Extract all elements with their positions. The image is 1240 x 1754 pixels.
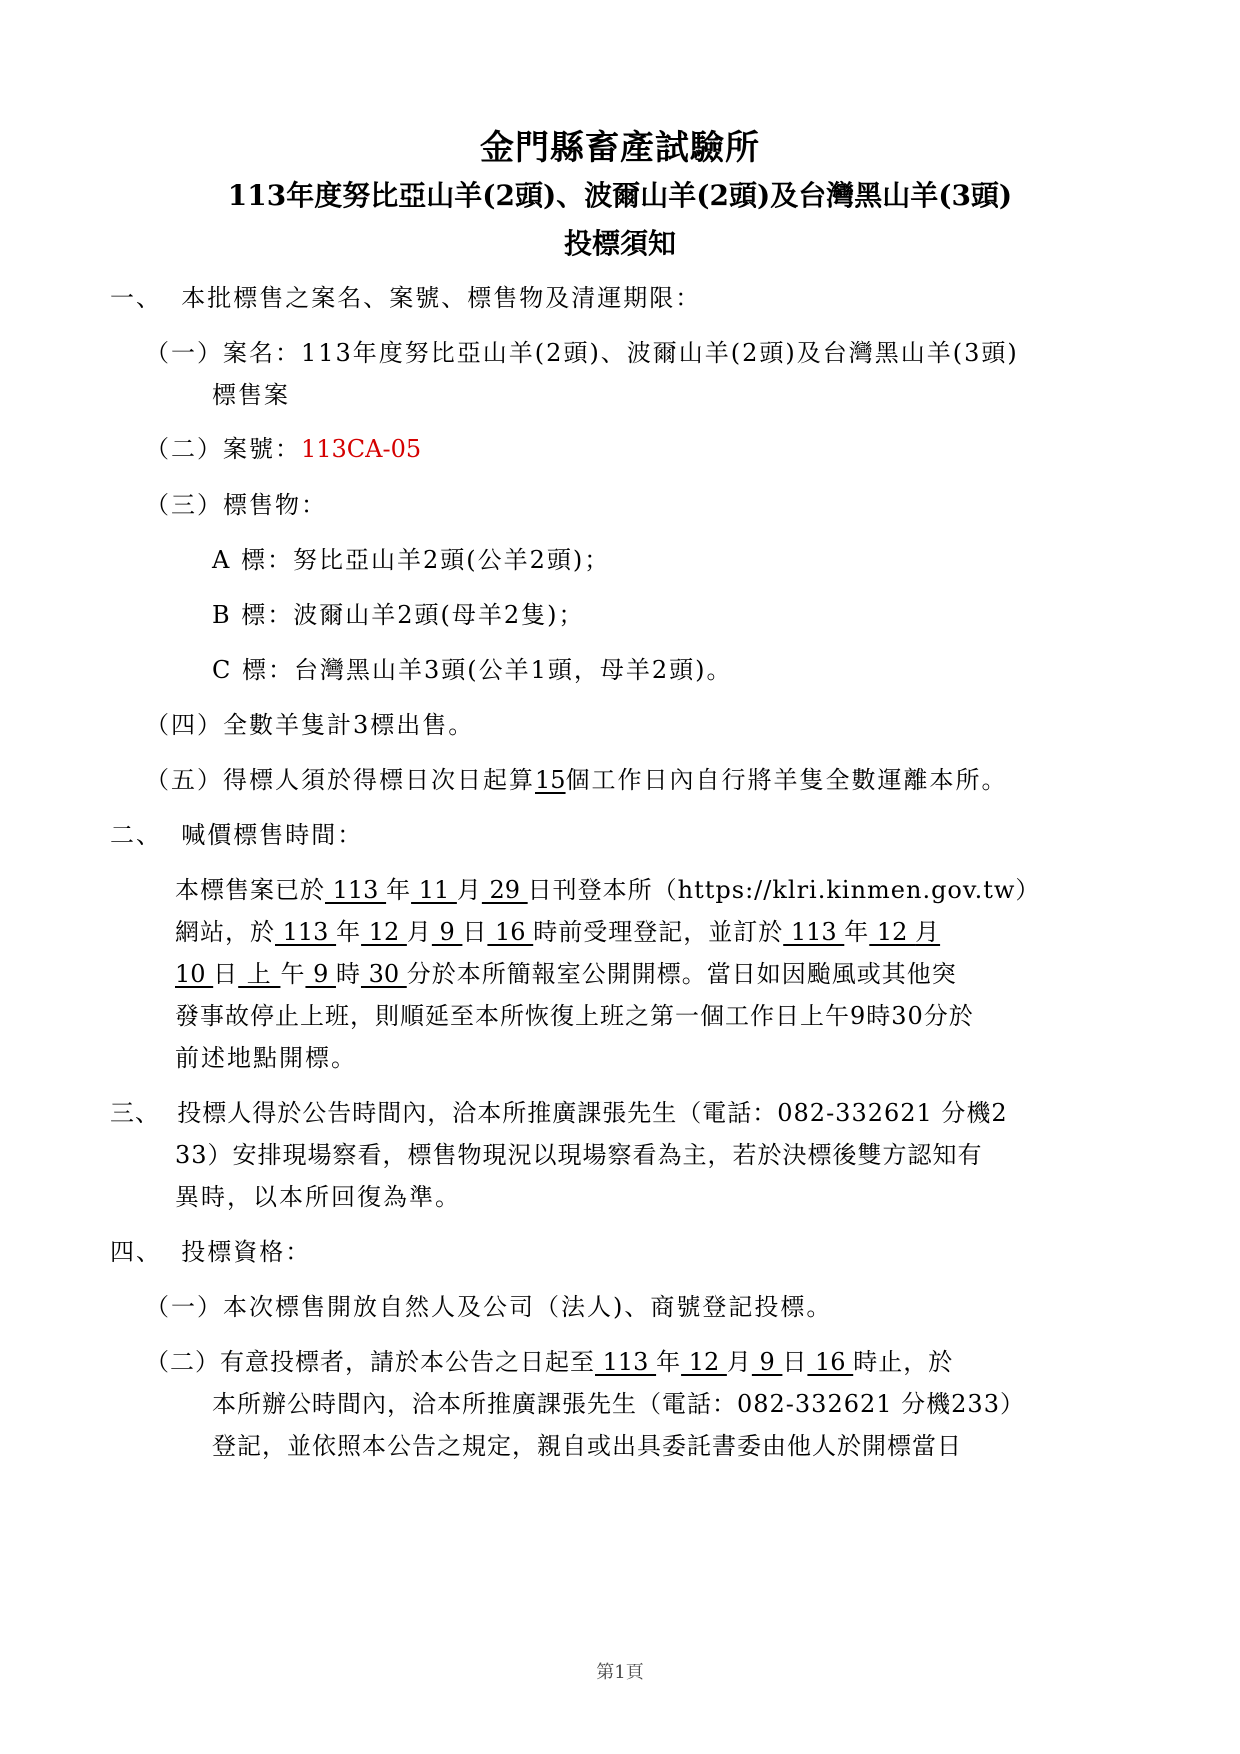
item-marker: （三）: [145, 491, 223, 519]
days-value: 15: [535, 766, 566, 794]
text: 網站，於: [175, 918, 275, 946]
text: 日: [462, 918, 487, 946]
item1-5: （五）得標人須於得標日次日起算15個工作日內自行將羊隻全數運離本所。: [145, 765, 1008, 795]
month-value: 11: [411, 876, 457, 904]
item4-2-line2: 本所辦公時間內，洽本所推廣課張先生（電話：082-332621 分機233）: [212, 1389, 1025, 1419]
text: 午: [280, 960, 305, 988]
section-heading-text: 本批標售之案名、案號、標售物及清運期限：: [181, 284, 701, 312]
case-no-value: 113CA-05: [301, 435, 421, 463]
text: 日: [213, 960, 238, 988]
text: 本標售案已於: [175, 876, 325, 904]
section4-heading: 四、 投標資格：: [110, 1237, 311, 1267]
lot-desc: 波爾山羊2頭(母羊2隻)；: [293, 601, 584, 629]
section-marker: 三、: [110, 1099, 160, 1127]
item1-3: （三）標售物：: [145, 490, 327, 520]
section2-line5: 前述地點開標。: [175, 1043, 357, 1073]
minute-value: 30: [361, 960, 407, 988]
item1-1-cont: 標售案: [212, 380, 290, 410]
lot-b: B 標：波爾山羊2頭(母羊2隻)；: [212, 600, 585, 630]
hour-value: 9: [305, 960, 336, 988]
month-value: 12: [361, 918, 407, 946]
section-heading-text: 喊價標售時間：: [181, 821, 363, 849]
lot-c: C 標：台灣黑山羊3頭(公羊1頭，母羊2頭)。: [212, 655, 733, 685]
item-marker: （一）: [145, 1293, 223, 1321]
item-marker: （四）: [145, 711, 223, 739]
section-marker: 四、: [110, 1238, 162, 1266]
text: 日刊登本所（https://klri.kinmen.gov.tw）: [528, 876, 1041, 904]
item-text: 本次標售開放自然人及公司（法人)、商號登記投標。: [223, 1293, 832, 1321]
day-value: 9: [432, 918, 463, 946]
text: 時: [336, 960, 361, 988]
text: 有意投標者，請於本公告之日起至: [220, 1348, 595, 1376]
item4-2-line1: （二）有意投標者，請於本公告之日起至 113 年 12 月 9 日 16 時止，…: [145, 1347, 953, 1377]
text: 年: [844, 918, 869, 946]
text: 時前受理登記，並訂於: [533, 918, 783, 946]
day-value: 9: [752, 1348, 783, 1376]
document-page: 金門縣畜產試驗所 113年度努比亞山羊(2頭)、波爾山羊(2頭)及台灣黑山羊(3…: [0, 0, 1240, 1754]
item1-4: （四）全數羊隻計3標出售。: [145, 710, 474, 740]
case-name: 案名：113年度努比亞山羊(2頭)、波爾山羊(2頭)及台灣黑山羊(3頭): [223, 339, 1019, 367]
doc-type-title: 投標須知: [0, 222, 1240, 262]
year-value: 113: [325, 876, 386, 904]
lot-desc: 努比亞山羊2頭(公羊2頭)；: [293, 546, 610, 574]
text: 月: [915, 918, 940, 946]
item1-1: （一）案名：113年度努比亞山羊(2頭)、波爾山羊(2頭)及台灣黑山羊(3頭): [145, 338, 1019, 368]
page-number: 第1頁: [0, 1658, 1240, 1684]
case-no-label: 案號：: [223, 435, 301, 463]
item4-1: （一）本次標售開放自然人及公司（法人)、商號登記投標。: [145, 1292, 832, 1322]
day-value: 10: [175, 960, 213, 988]
section2-line3: 10 日 上 午 9 時 30 分於本所簡報室公開開標。當日如因颱風或其他突: [175, 959, 957, 989]
item-marker: （二）: [145, 1348, 220, 1376]
text: 時止，於: [853, 1348, 953, 1376]
ampm-value: 上: [238, 960, 280, 988]
month-value: 12: [681, 1348, 727, 1376]
section2-heading: 二、 喊價標售時間：: [110, 820, 363, 850]
text: 月: [727, 1348, 752, 1376]
item-marker: （五）: [145, 766, 223, 794]
text: 投標人得於公告時間內，洽本所推廣課張先生（電話：082-332621 分機2: [177, 1099, 1007, 1127]
section3-line3: 異時，以本所回復為準。: [175, 1182, 461, 1212]
hour-value: 16: [487, 918, 533, 946]
item-text: 個工作日內自行將羊隻全數運離本所。: [566, 766, 1008, 794]
lot-label: B 標：: [212, 601, 293, 629]
text: 月: [407, 918, 432, 946]
section2-line1: 本標售案已於 113 年 11 月 29 日刊登本所（https://klri.…: [175, 875, 1040, 905]
section2-line2: 網站，於 113 年 12 月 9 日 16 時前受理登記，並訂於 113 年 …: [175, 917, 940, 947]
lots-label: 標售物：: [223, 491, 327, 519]
text: 月: [457, 876, 482, 904]
item-text: 得標人須於得標日次日起算: [223, 766, 535, 794]
section3-line2: 33）安排現場察看，標售物現況以現場察看為主，若於決標後雙方認知有: [175, 1140, 983, 1170]
lot-label: C 標：: [212, 656, 294, 684]
day-value: 29: [482, 876, 528, 904]
section-heading-text: 投標資格：: [181, 1238, 311, 1266]
item4-2-line3: 登記，並依照本公告之規定，親自或出具委託書委由他人於開標當日: [212, 1431, 962, 1461]
year-value: 113: [783, 918, 844, 946]
lot-desc: 台灣黑山羊3頭(公羊1頭，母羊2頭)。: [294, 656, 733, 684]
section-marker: 二、: [110, 821, 162, 849]
lot-label: A 標：: [212, 546, 293, 574]
item-text: 全數羊隻計3標出售。: [223, 711, 474, 739]
subject-title: 113年度努比亞山羊(2頭)、波爾山羊(2頭)及台灣黑山羊(3頭): [0, 174, 1240, 214]
item1-2: （二）案號：113CA-05: [145, 434, 421, 464]
year-value: 113: [275, 918, 336, 946]
section3-line1: 三、 投標人得於公告時間內，洽本所推廣課張先生（電話：082-332621 分機…: [110, 1098, 1008, 1128]
month-value: 12: [869, 918, 915, 946]
text: 日: [782, 1348, 807, 1376]
text: 分於本所簡報室公開開標。當日如因颱風或其他突: [407, 960, 957, 988]
org-title: 金門縣畜產試驗所: [0, 120, 1240, 169]
section-marker: 一、: [110, 284, 162, 312]
text: 年: [656, 1348, 681, 1376]
year-value: 113: [595, 1348, 656, 1376]
text: 年: [386, 876, 411, 904]
item-marker: （二）: [145, 435, 223, 463]
item-marker: （一）: [145, 339, 223, 367]
text: 年: [336, 918, 361, 946]
section2-line4: 發事故停止上班，則順延至本所恢復上班之第一個工作日上午9時30分於: [175, 1001, 974, 1031]
hour-value: 16: [807, 1348, 853, 1376]
lot-a: A 標：努比亞山羊2頭(公羊2頭)；: [212, 545, 610, 575]
section1-heading: 一、 本批標售之案名、案號、標售物及清運期限：: [110, 283, 701, 313]
